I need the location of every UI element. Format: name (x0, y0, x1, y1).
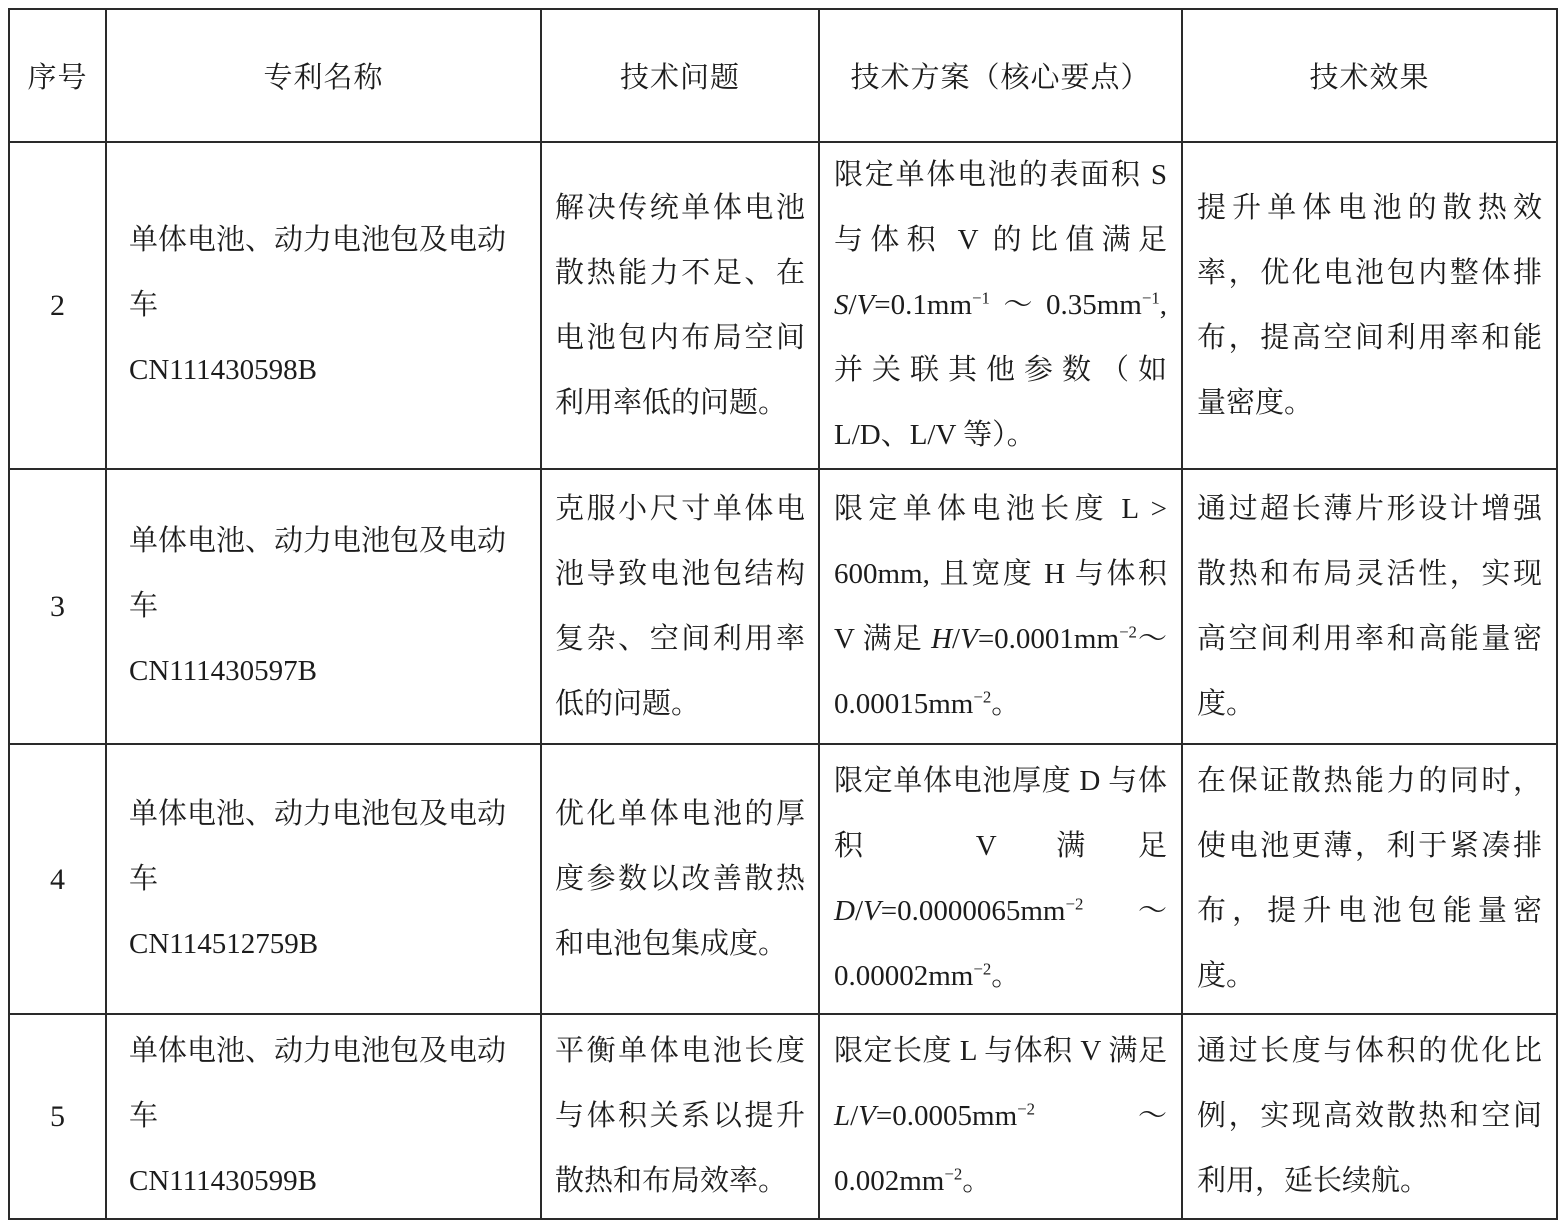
patent-name-cell: 单体电池、动力电池包及电动车 CN114512759B (106, 744, 541, 1014)
table-row: 5 单体电池、动力电池包及电动车 CN111430599B 平衡单体电池长度与体… (9, 1014, 1557, 1219)
exponent: −1 (972, 288, 990, 307)
exponent: −2 (1017, 1099, 1035, 1118)
text-segment: =0.0005mm (876, 1100, 1017, 1132)
table-body: 2 单体电池、动力电池包及电动车 CN111430598B 解决传统单体电池散热… (9, 142, 1557, 1219)
row-number: 2 (9, 142, 106, 469)
text-segment: =0.0001mm (978, 623, 1119, 655)
text-segment: 。 (962, 1165, 991, 1197)
row-number: 5 (9, 1014, 106, 1219)
technical-problem-cell: 解决传统单体电池散热能力不足、在电池包内布局空间利用率低的问题。 (541, 142, 819, 469)
text-segment: ～0.35mm (990, 289, 1142, 321)
table-header: 序号 专利名称 技术问题 技术方案（核心要点） 技术效果 (9, 9, 1557, 142)
text-segment: / (855, 895, 863, 927)
variable: H (931, 623, 952, 655)
variable: V (960, 623, 978, 655)
technical-effect-cell: 提升单体电池的散热效率，优化电池包内整体排布，提高空间利用率和能量密度。 (1182, 142, 1557, 469)
variable: S (834, 289, 849, 321)
patent-title: 单体电池、动力电池包及电动车 (129, 1019, 518, 1149)
patent-title: 单体电池、动力电池包及电动车 (129, 782, 518, 912)
patent-name-cell: 单体电池、动力电池包及电动车 CN111430598B (106, 142, 541, 469)
column-header-technical-effect: 技术效果 (1182, 9, 1557, 142)
technical-problem-cell: 平衡单体电池长度与体积关系以提升散热和布局效率。 (541, 1014, 819, 1219)
exponent: −1 (1142, 288, 1160, 307)
variable: V (857, 289, 875, 321)
technical-effect-cell: 在保证散热能力的同时，使电池更薄，利于紧凑排布，提升电池包能量密度。 (1182, 744, 1557, 1014)
patent-name-cell: 单体电池、动力电池包及电动车 CN111430599B (106, 1014, 541, 1219)
table-row: 3 单体电池、动力电池包及电动车 CN111430597B 克服小尺寸单体电池导… (9, 469, 1557, 744)
exponent: −2 (1119, 622, 1137, 641)
text-segment: / (850, 1100, 858, 1132)
exponent: −2 (944, 1164, 962, 1183)
patent-number: CN111430598B (129, 338, 518, 403)
text-segment: / (849, 289, 857, 321)
column-header-technical-solution: 技术方案（核心要点） (819, 9, 1182, 142)
technical-solution-cell: 限定长度 L 与体积 V 满足 L/V=0.0005mm−2 ～ 0.002mm… (819, 1014, 1182, 1219)
technical-solution-cell: 限定单体电池长度 L > 600mm, 且宽度 H 与体积 V 满足 H/V=0… (819, 469, 1182, 744)
text-segment: 限定单体电池厚度 D 与体积 V 满足 (834, 765, 1167, 862)
row-number: 4 (9, 744, 106, 1014)
text-segment: =0.1mm (874, 289, 972, 321)
table-row: 4 单体电池、动力电池包及电动车 CN114512759B 优化单体电池的厚度参… (9, 744, 1557, 1014)
text-segment: 限定长度 L 与体积 V 满足 (834, 1035, 1167, 1067)
patent-name-cell: 单体电池、动力电池包及电动车 CN111430597B (106, 469, 541, 744)
technical-problem-cell: 优化单体电池的厚度参数以改善散热和电池包集成度。 (541, 744, 819, 1014)
header-row: 序号 专利名称 技术问题 技术方案（核心要点） 技术效果 (9, 9, 1557, 142)
text-segment: =0.0000065mm (881, 895, 1066, 927)
variable: L (834, 1100, 850, 1132)
variable: V (858, 1100, 876, 1132)
patent-number: CN111430599B (129, 1149, 518, 1214)
text-segment: / (952, 623, 960, 655)
patent-title: 单体电池、动力电池包及电动车 (129, 208, 518, 338)
patent-table: 序号 专利名称 技术问题 技术方案（核心要点） 技术效果 2 单体电池、动力电池… (8, 8, 1558, 1220)
patent-number: CN114512759B (129, 912, 518, 977)
text-segment: 。 (991, 688, 1020, 720)
exponent: −2 (973, 959, 991, 978)
column-header-patent-name: 专利名称 (106, 9, 541, 142)
exponent: −2 (1065, 894, 1083, 913)
technical-effect-cell: 通过超长薄片形设计增强散热和布局灵活性，实现高空间利用率和高能量密度。 (1182, 469, 1557, 744)
text-segment: 。 (991, 960, 1020, 992)
technical-effect-cell: 通过长度与体积的优化比例，实现高效散热和空间利用，延长续航。 (1182, 1014, 1557, 1219)
column-header-technical-problem: 技术问题 (541, 9, 819, 142)
text-segment: 限定单体电池的表面积 S 与体积 V 的比值满足 (834, 159, 1167, 256)
row-number: 3 (9, 469, 106, 744)
technical-problem-cell: 克服小尺寸单体电池导致电池包结构复杂、空间利用率低的问题。 (541, 469, 819, 744)
variable: V (863, 895, 881, 927)
column-header-no: 序号 (9, 9, 106, 142)
variable: D (834, 895, 855, 927)
technical-solution-cell: 限定单体电池厚度 D 与体积 V 满足 D/V=0.0000065mm−2 ～ … (819, 744, 1182, 1014)
technical-solution-cell: 限定单体电池的表面积 S 与体积 V 的比值满足 S/V=0.1mm−1～0.3… (819, 142, 1182, 469)
table-row: 2 单体电池、动力电池包及电动车 CN111430598B 解决传统单体电池散热… (9, 142, 1557, 469)
document-page: 序号 专利名称 技术问题 技术方案（核心要点） 技术效果 2 单体电池、动力电池… (0, 0, 1564, 1220)
patent-title: 单体电池、动力电池包及电动车 (129, 509, 518, 639)
patent-number: CN111430597B (129, 639, 518, 704)
exponent: −2 (973, 687, 991, 706)
